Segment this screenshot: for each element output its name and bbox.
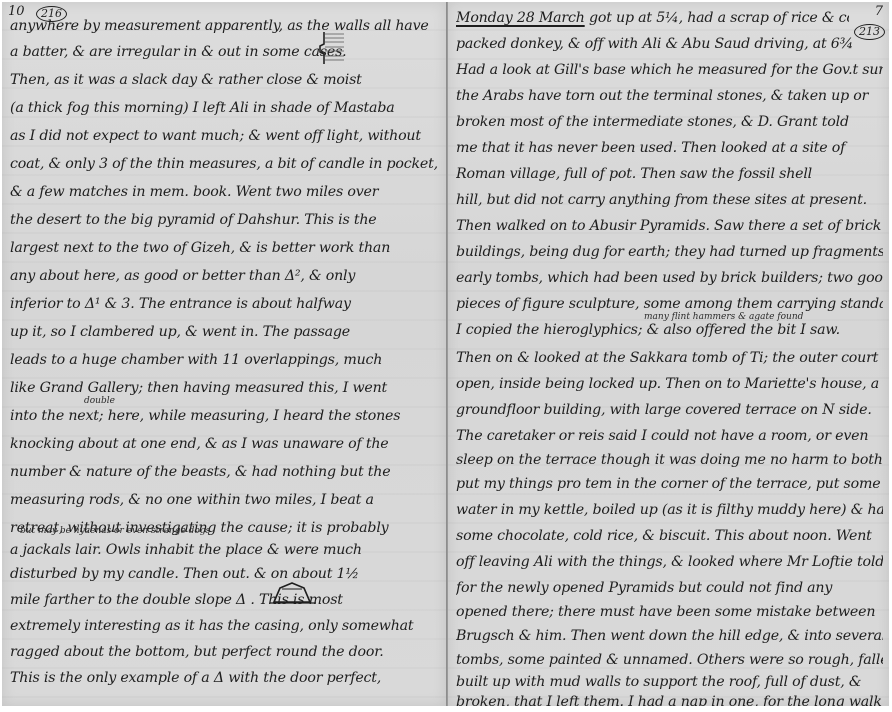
- right-line-26: tombs, some painted & unnamed. Others we…: [456, 650, 883, 670]
- right-line-19: put my things pro tem in the corner of t…: [456, 474, 883, 494]
- left-line-8: the desert to the big pyramid of Dahshur…: [10, 210, 440, 230]
- right-line-11: early tombs, which had been used by bric…: [456, 268, 883, 288]
- right-line-25: Brugsch & him. Then went down the hill e…: [456, 626, 883, 646]
- left-line-2: a batter, & are irregular in & out in so…: [10, 42, 440, 62]
- left-line-14: like Grand Gallery; then having measured…: [10, 378, 440, 398]
- right-line-2: packed donkey, & off with Ali & Abu Saud…: [456, 34, 853, 54]
- left-line-22: mile farther to the double slope Δ . Thi…: [10, 590, 440, 610]
- right-line-5: broken most of the intermediate stones, …: [456, 112, 883, 132]
- right-line-7: Roman village, full of pot. Then saw the…: [456, 164, 883, 184]
- left-line-10: any about here, as good or better than Δ…: [10, 266, 440, 286]
- left-line-21: disturbed by my candle. Then out. & on a…: [10, 564, 440, 584]
- right-line-4: the Arabs have torn out the terminal sto…: [456, 86, 883, 106]
- left-line-4: (a thick fog this morning) I left Ali in…: [10, 98, 440, 118]
- left-line-13: leads to a huge chamber with 11 overlapp…: [10, 350, 440, 370]
- right-line-24: opened there; there must have been some …: [456, 602, 883, 622]
- journal-spread: 10 216 anywhere by measurement apparentl…: [0, 0, 892, 712]
- right-line-22: off leaving Ali with the things, & looke…: [456, 552, 883, 572]
- right-line-15: open, inside being locked up. Then on to…: [456, 374, 883, 394]
- right-line-20: water in my kettle, boiled up (as it is …: [456, 500, 883, 520]
- right-line-3: Had a look at Gill's base which he measu…: [456, 60, 883, 80]
- left-line-5: as I did not expect to want much; & went…: [10, 126, 440, 146]
- left-line-15: into the next; here, while measuring, I …: [10, 406, 440, 426]
- right-line-12: pieces of figure sculpture, some among t…: [456, 294, 883, 314]
- double-slope-pyramid-sketch: [270, 580, 316, 606]
- right-line-6: me that it has never been used. Then loo…: [456, 138, 883, 158]
- interlinear-note-hyaenas: but may be hyaenas or even strange dogs: [20, 526, 210, 536]
- right-line-17: The caretaker or reis said I could not h…: [456, 426, 883, 446]
- right-line-13: I copied the hieroglyphics; & also offer…: [456, 320, 883, 340]
- left-line-11: inferior to Δ¹ & 3. The entrance is abou…: [10, 294, 440, 314]
- folio-number-right: 213: [854, 24, 885, 40]
- date-heading: Monday 28 March: [456, 10, 585, 26]
- right-line-8: hill, but did not carry anything from th…: [456, 190, 883, 210]
- right-line-23: for the newly opened Pyramids but could …: [456, 578, 883, 598]
- wall-batter-profile-sketch: [318, 30, 348, 66]
- left-line-24: ragged about the bottom, but perfect rou…: [10, 642, 440, 662]
- left-line-1: anywhere by measurement apparently, as t…: [10, 16, 440, 36]
- left-line-17: number & nature of the beasts, & had not…: [10, 462, 440, 482]
- left-line-6: coat, & only 3 of the thin measures, a b…: [10, 154, 440, 174]
- right-line-1-text: got up at 5¼, had a scrap of rice & coff…: [589, 10, 849, 26]
- right-line-10: buildings, being dug for earth; they had…: [456, 242, 883, 262]
- left-line-3: Then, as it was a slack day & rather clo…: [10, 70, 440, 90]
- interlinear-note-double: double: [84, 396, 115, 406]
- right-line-1: Monday 28 March got up at 5¼, had a scra…: [456, 8, 849, 28]
- left-line-7: & a few matches in mem. book. Went two m…: [10, 182, 440, 202]
- left-line-20: a jackals lair. Owls inhabit the place &…: [10, 540, 440, 560]
- page-number-right: 7: [875, 4, 883, 19]
- right-line-28: broken, that I left them. I had a nap in…: [456, 692, 883, 706]
- right-line-9: Then walked on to Abusir Pyramids. Saw t…: [456, 216, 883, 236]
- right-line-14: Then on & looked at the Sakkara tomb of …: [456, 348, 883, 368]
- left-line-25: This is the only example of a Δ with the…: [10, 668, 440, 688]
- right-line-16: groundfloor building, with large covered…: [456, 400, 883, 420]
- left-line-23: extremely interesting as it has the casi…: [10, 616, 440, 636]
- left-line-12: up it, so I clambered up, & went in. The…: [10, 322, 440, 342]
- right-line-21: some chocolate, cold rice, & biscuit. Th…: [456, 526, 883, 546]
- left-line-16: knocking about at one end, & as I was un…: [10, 434, 440, 454]
- left-line-18: measuring rods, & no one within two mile…: [10, 490, 440, 510]
- right-page: 7 213 Monday 28 March got up at 5¼, had …: [447, 2, 889, 706]
- left-page: 10 216 anywhere by measurement apparentl…: [2, 2, 447, 706]
- right-line-27: built up with mud walls to support the r…: [456, 672, 883, 692]
- right-line-18: sleep on the terrace though it was doing…: [456, 450, 883, 470]
- left-line-9: largest next to the two of Gizeh, & is b…: [10, 238, 440, 258]
